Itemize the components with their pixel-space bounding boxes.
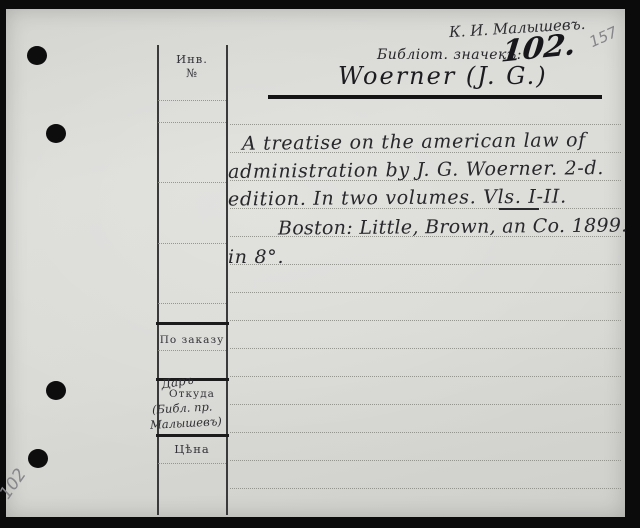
dotted-ruled-line [230,320,621,321]
dotted-ruled-line [158,303,226,304]
dotted-ruled-line [158,463,226,464]
imprint-line: Boston: Little, Brown, an Co. 1899. [278,214,628,239]
punch-hole [27,46,47,65]
dotted-ruled-line [230,404,621,405]
punch-hole [46,124,66,143]
cell-border [156,434,229,437]
volumes-underline [499,208,539,210]
dotted-ruled-line [230,264,621,265]
scanned-catalog-card: Инв. № По заказу Откуда Цѣна Даръ (Библ.… [0,0,640,528]
title-line-3: edition. In two volumes. Vls. I-II. [228,186,567,211]
dotted-ruled-line [230,488,621,489]
dotted-ruled-line [158,350,226,351]
punch-hole [28,449,48,468]
dotted-ruled-line [230,124,621,125]
inventory-label-line1: Инв. [157,52,227,66]
heading-underline [268,95,602,99]
dotted-ruled-line [158,100,226,101]
inventory-number-label: Инв. № [157,52,227,80]
dotted-ruled-line [230,292,621,293]
dotted-ruled-line [230,348,621,349]
dotted-ruled-line [158,182,226,183]
title-line-1: A treatise on the american law of [242,129,586,155]
dotted-ruled-line [230,460,621,461]
inventory-label-line2: № [157,66,227,80]
dotted-ruled-line [230,376,621,377]
title-line-2: administration by J. G. Woerner. 2-d. [228,157,604,183]
price-label: Цѣна [157,442,227,456]
dotted-ruled-line [158,122,226,123]
punch-hole [46,381,66,400]
dotted-ruled-line [230,432,621,433]
format-line: in 8°. [228,246,284,268]
dotted-ruled-line [158,243,226,244]
author-heading: Woerner (J. G.) [338,62,548,90]
cell-border [156,322,229,325]
order-label: По заказу [157,334,227,346]
